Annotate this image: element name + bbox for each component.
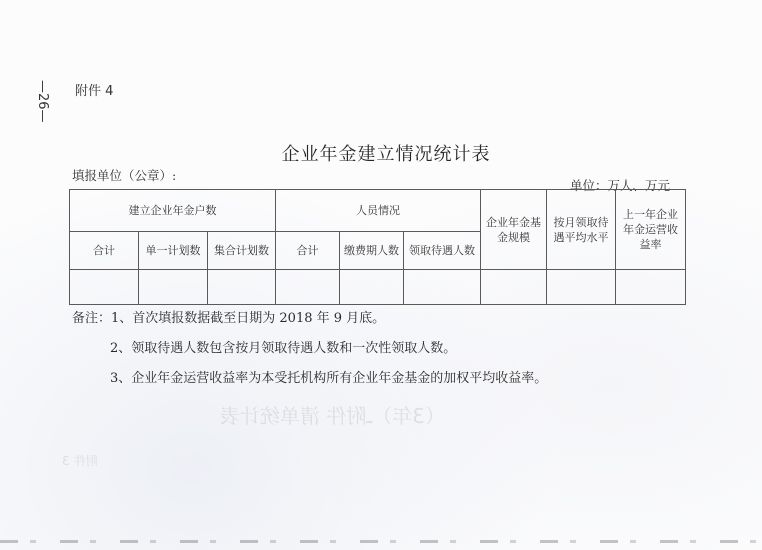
cell-paying-members[interactable]: [340, 270, 404, 305]
header-personnel-total: 合计: [276, 232, 340, 270]
header-paying-members: 缴费期人数: [340, 232, 404, 270]
cell-receiving-members[interactable]: [404, 270, 481, 305]
scan-edge-artifact: [0, 540, 762, 543]
note-1: 备注：1、首次填报数据截至日期为 2018 年 9 月底。: [72, 307, 385, 326]
header-last-year-return: 上一年企业年金运营收益率: [616, 190, 686, 270]
header-row-group: 建立企业年金户数 人员情况 企业年金基金规模 按月领取待遇平均水平 上一年企业年…: [70, 190, 686, 232]
header-enterprises: 建立企业年金户数: [70, 190, 276, 232]
header-single-plan: 单一计划数: [139, 232, 208, 270]
header-personnel: 人员情况: [276, 190, 481, 232]
cell-collective-plan[interactable]: [208, 270, 276, 305]
attachment-label: 附件 4: [75, 80, 113, 99]
bleed-through-title: （3年）ـ附件 清单统计表: [220, 400, 445, 429]
document-title: 企业年金建立情况统计表: [0, 140, 762, 166]
page-number: —26—: [30, 76, 50, 126]
header-enterprise-total: 合计: [70, 232, 139, 270]
header-collective-plan: 集合计划数: [208, 232, 276, 270]
cell-enterprise-total[interactable]: [70, 270, 139, 305]
statistics-table: 建立企业年金户数 人员情况 企业年金基金规模 按月领取待遇平均水平 上一年企业年…: [69, 189, 686, 305]
header-receiving-members: 领取待遇人数: [404, 232, 481, 270]
cell-monthly-average[interactable]: [547, 270, 616, 305]
cell-personnel-total[interactable]: [276, 270, 340, 305]
note-2: 2、领取待遇人数包含按月领取待遇人数和一次性领取人数。: [110, 337, 456, 356]
cell-last-year-return[interactable]: [616, 270, 686, 305]
note-3: 3、企业年金运营收益率为本受托机构所有企业年金基金的加权平均收益率。: [110, 367, 547, 386]
table-row: [70, 270, 686, 305]
header-fund-scale: 企业年金基金规模: [481, 190, 547, 270]
header-monthly-average: 按月领取待遇平均水平: [547, 190, 616, 270]
bleed-through-label: 附件 3: [62, 452, 97, 469]
document-page: —26— 附件 4 企业年金建立情况统计表 填报单位（公章）: 单位：万人、万元…: [0, 0, 762, 550]
filler-unit-label: 填报单位（公章）:: [72, 166, 176, 184]
cell-fund-scale[interactable]: [481, 270, 547, 305]
cell-single-plan[interactable]: [139, 270, 208, 305]
